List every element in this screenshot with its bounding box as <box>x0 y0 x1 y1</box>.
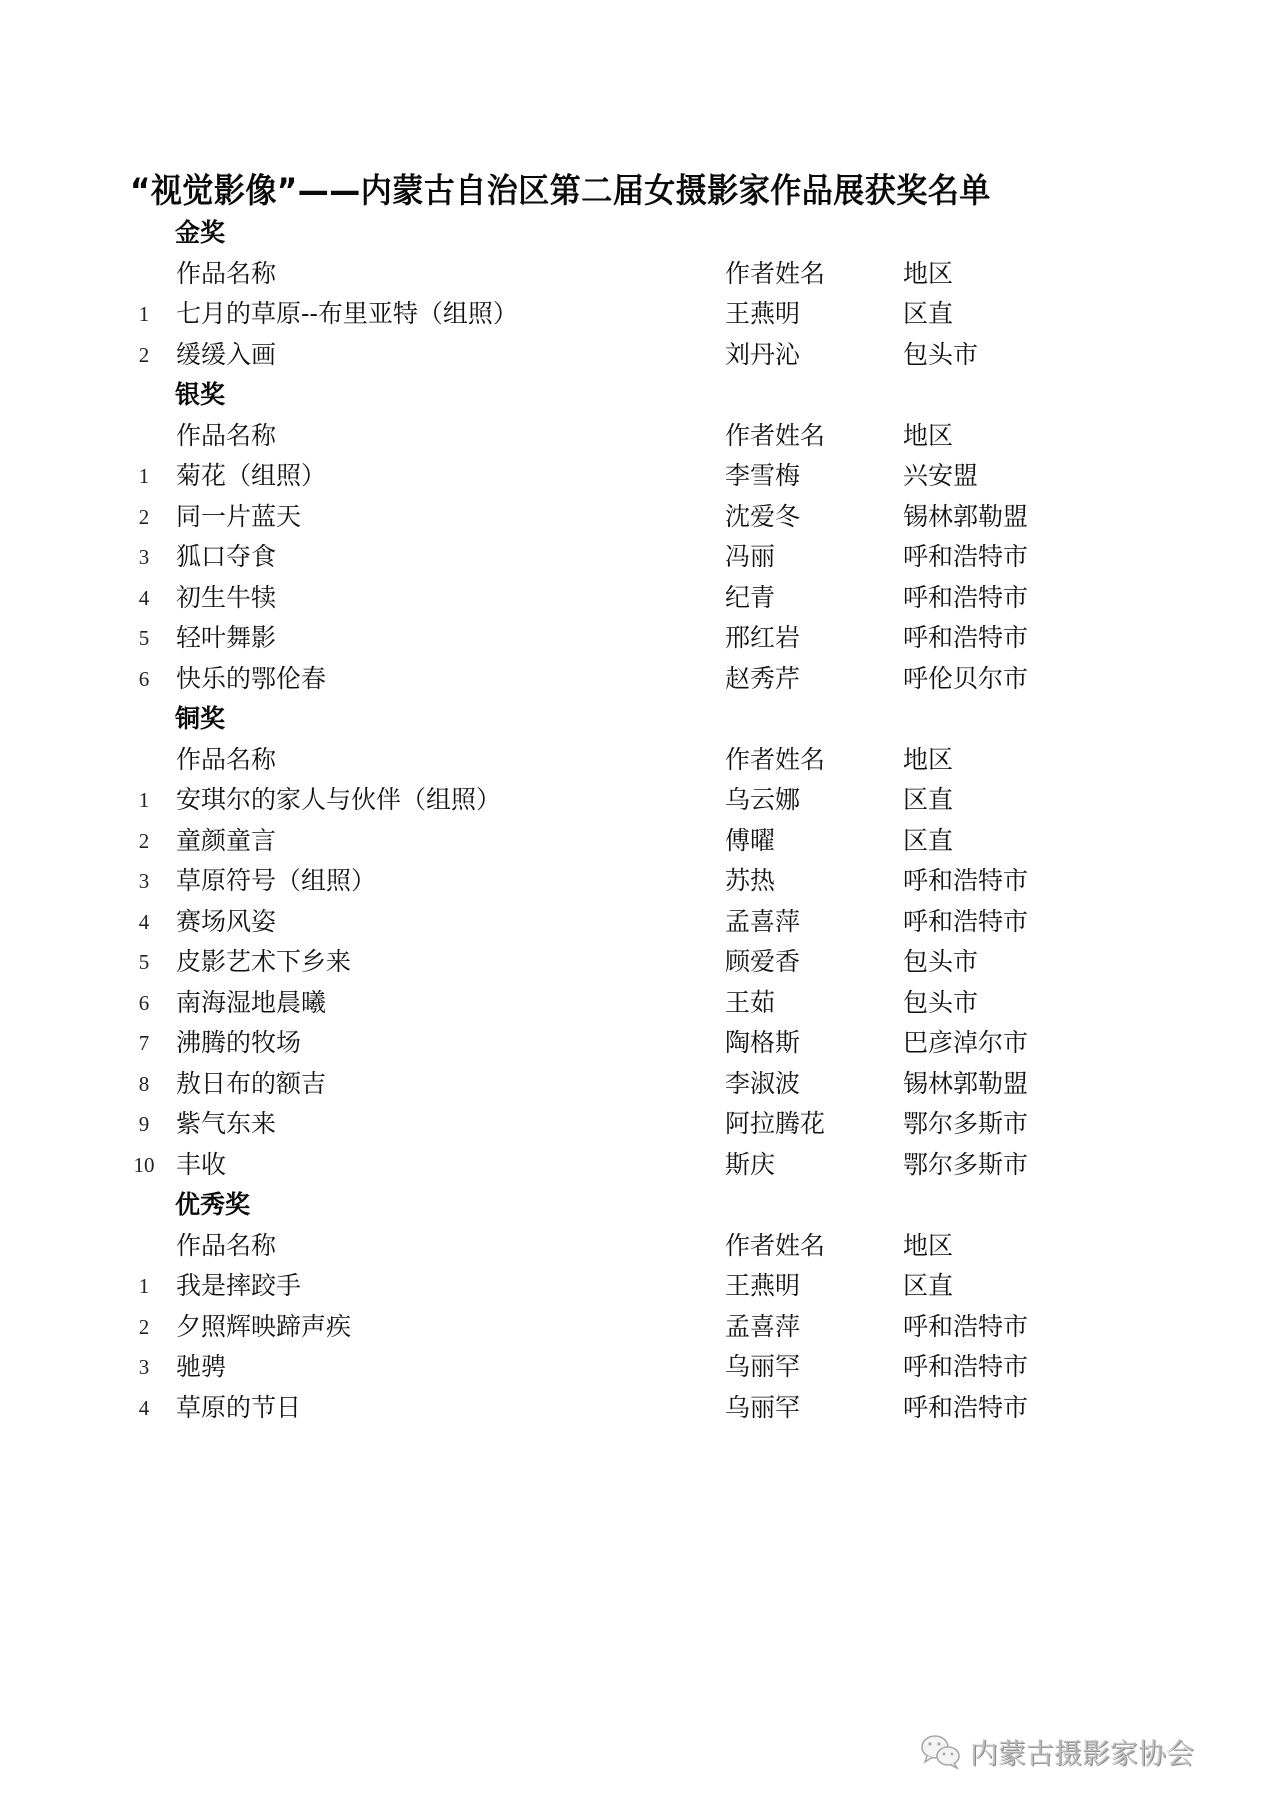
column-header-region: 地区 <box>903 740 953 781</box>
row-number: 5 <box>126 618 162 659</box>
work-title: 草原的节日 <box>176 1388 301 1429</box>
row-number: 9 <box>126 1104 162 1145</box>
region: 呼和浩特市 <box>903 618 1028 659</box>
table-row: 4 赛场风姿 孟喜萍 呼和浩特市 <box>0 902 1280 943</box>
row-number: 3 <box>126 1347 162 1388</box>
column-header-region: 地区 <box>903 416 953 457</box>
column-header-title: 作品名称 <box>176 1226 276 1267</box>
work-title: 七月的草原--布里亚特（组照） <box>176 294 518 335</box>
region: 区直 <box>903 821 953 862</box>
author-name: 孟喜萍 <box>725 902 800 943</box>
table-row: 7 沸腾的牧场 陶格斯 巴彦淖尔市 <box>0 1023 1280 1064</box>
author-name: 王燕明 <box>725 1266 800 1307</box>
section-bronze: 铜奖 <box>0 699 1280 740</box>
region: 包头市 <box>903 942 978 983</box>
table-row: 1 菊花（组照） 李雪梅 兴安盟 <box>0 456 1280 497</box>
table-row: 2 缓缓入画 刘丹沁 包头市 <box>0 335 1280 376</box>
row-number: 4 <box>126 578 162 619</box>
author-name: 刘丹沁 <box>725 335 800 376</box>
work-title: 安琪尔的家人与伙伴（组照） <box>176 780 501 821</box>
table-row: 6 南海湿地晨曦 王茹 包头市 <box>0 983 1280 1024</box>
column-header-row: 作品名称 作者姓名 地区 <box>0 254 1280 295</box>
author-name: 傅曜 <box>725 821 775 862</box>
work-title: 驰骋 <box>176 1347 226 1388</box>
region: 区直 <box>903 780 953 821</box>
award-list: 金奖 作品名称 作者姓名 地区 1 七月的草原--布里亚特（组照） 王燕明 区直… <box>0 213 1280 1428</box>
author-name: 沈爱冬 <box>725 497 800 538</box>
column-header-row: 作品名称 作者姓名 地区 <box>0 740 1280 781</box>
table-row: 3 狐口夺食 冯丽 呼和浩特市 <box>0 537 1280 578</box>
author-name: 阿拉腾花 <box>725 1104 825 1145</box>
row-number: 3 <box>126 861 162 902</box>
row-number: 4 <box>126 902 162 943</box>
work-title: 同一片蓝天 <box>176 497 301 538</box>
author-name: 王燕明 <box>725 294 800 335</box>
table-row: 4 草原的节日 乌丽罕 呼和浩特市 <box>0 1388 1280 1429</box>
work-title: 草原符号（组照） <box>176 861 376 902</box>
table-row: 3 草原符号（组照） 苏热 呼和浩特市 <box>0 861 1280 902</box>
work-title: 我是摔跤手 <box>176 1266 301 1307</box>
work-title: 初生牛犊 <box>176 578 276 619</box>
row-number: 6 <box>126 983 162 1024</box>
region: 呼和浩特市 <box>903 578 1028 619</box>
column-header-title: 作品名称 <box>176 416 276 457</box>
region: 包头市 <box>903 335 978 376</box>
author-name: 乌丽罕 <box>725 1347 800 1388</box>
table-row: 4 初生牛犊 纪青 呼和浩特市 <box>0 578 1280 619</box>
work-title: 菊花（组照） <box>176 456 326 497</box>
section-heading: 金奖 <box>175 213 225 254</box>
author-name: 赵秀芹 <box>725 659 800 700</box>
watermark-text: 内蒙古摄影家协会 <box>970 1732 1194 1772</box>
row-number: 8 <box>126 1064 162 1105</box>
column-header-author: 作者姓名 <box>725 1226 825 1267</box>
table-row: 1 我是摔跤手 王燕明 区直 <box>0 1266 1280 1307</box>
table-row: 3 驰骋 乌丽罕 呼和浩特市 <box>0 1347 1280 1388</box>
column-header-author: 作者姓名 <box>725 254 825 295</box>
work-title: 赛场风姿 <box>176 902 276 943</box>
work-title: 缓缓入画 <box>176 335 276 376</box>
row-number: 1 <box>126 456 162 497</box>
row-number: 2 <box>126 821 162 862</box>
section-heading: 铜奖 <box>175 699 225 740</box>
author-name: 邢红岩 <box>725 618 800 659</box>
column-header-region: 地区 <box>903 254 953 295</box>
table-row: 2 同一片蓝天 沈爱冬 锡林郭勒盟 <box>0 497 1280 538</box>
region: 锡林郭勒盟 <box>903 497 1028 538</box>
author-name: 乌云娜 <box>725 780 800 821</box>
region: 呼和浩特市 <box>903 1347 1028 1388</box>
work-title: 快乐的鄂伦春 <box>176 659 326 700</box>
section-heading: 银奖 <box>175 375 225 416</box>
work-title: 轻叶舞影 <box>176 618 276 659</box>
region: 锡林郭勒盟 <box>903 1064 1028 1105</box>
author-name: 陶格斯 <box>725 1023 800 1064</box>
section-silver: 银奖 <box>0 375 1280 416</box>
document-title: “视觉影像”——内蒙古自治区第二届女摄影家作品展获奖名单 <box>130 163 991 212</box>
row-number: 4 <box>126 1388 162 1429</box>
region: 包头市 <box>903 983 978 1024</box>
wechat-icon <box>920 1733 962 1771</box>
table-row: 2 夕照辉映蹄声疾 孟喜萍 呼和浩特市 <box>0 1307 1280 1348</box>
work-title: 皮影艺术下乡来 <box>176 942 351 983</box>
row-number: 6 <box>126 659 162 700</box>
table-row: 5 轻叶舞影 邢红岩 呼和浩特市 <box>0 618 1280 659</box>
author-name: 顾爱香 <box>725 942 800 983</box>
work-title: 紫气东来 <box>176 1104 276 1145</box>
author-name: 孟喜萍 <box>725 1307 800 1348</box>
column-header-region: 地区 <box>903 1226 953 1267</box>
work-title: 狐口夺食 <box>176 537 276 578</box>
table-row: 5 皮影艺术下乡来 顾爱香 包头市 <box>0 942 1280 983</box>
region: 呼和浩特市 <box>903 861 1028 902</box>
work-title: 敖日布的额吉 <box>176 1064 326 1105</box>
region: 巴彦淖尔市 <box>903 1023 1028 1064</box>
work-title: 南海湿地晨曦 <box>176 983 326 1024</box>
author-name: 冯丽 <box>725 537 775 578</box>
region: 呼和浩特市 <box>903 1388 1028 1429</box>
column-header-row: 作品名称 作者姓名 地区 <box>0 416 1280 457</box>
region: 区直 <box>903 294 953 335</box>
column-header-title: 作品名称 <box>176 254 276 295</box>
work-title: 沸腾的牧场 <box>176 1023 301 1064</box>
section-gold: 金奖 <box>0 213 1280 254</box>
row-number: 2 <box>126 335 162 376</box>
document-page: “视觉影像”——内蒙古自治区第二届女摄影家作品展获奖名单 金奖 作品名称 作者姓… <box>0 0 1280 1810</box>
author-name: 斯庆 <box>725 1145 775 1186</box>
column-header-title: 作品名称 <box>176 740 276 781</box>
author-name: 李雪梅 <box>725 456 800 497</box>
row-number: 7 <box>126 1023 162 1064</box>
region: 兴安盟 <box>903 456 978 497</box>
row-number: 10 <box>126 1145 162 1186</box>
table-row: 6 快乐的鄂伦春 赵秀芹 呼伦贝尔市 <box>0 659 1280 700</box>
region: 呼和浩特市 <box>903 1307 1028 1348</box>
table-row: 1 安琪尔的家人与伙伴（组照） 乌云娜 区直 <box>0 780 1280 821</box>
author-name: 纪青 <box>725 578 775 619</box>
row-number: 1 <box>126 294 162 335</box>
author-name: 苏热 <box>725 861 775 902</box>
table-row: 2 童颜童言 傅曜 区直 <box>0 821 1280 862</box>
work-title: 丰收 <box>176 1145 226 1186</box>
column-header-row: 作品名称 作者姓名 地区 <box>0 1226 1280 1267</box>
region: 呼和浩特市 <box>903 902 1028 943</box>
watermark: 内蒙古摄影家协会 <box>920 1730 1194 1774</box>
author-name: 王茹 <box>725 983 775 1024</box>
table-row: 1 七月的草原--布里亚特（组照） 王燕明 区直 <box>0 294 1280 335</box>
author-name: 李淑波 <box>725 1064 800 1105</box>
row-number: 5 <box>126 942 162 983</box>
row-number: 3 <box>126 537 162 578</box>
section-heading: 优秀奖 <box>175 1185 250 1226</box>
table-row: 9 紫气东来 阿拉腾花 鄂尔多斯市 <box>0 1104 1280 1145</box>
row-number: 2 <box>126 1307 162 1348</box>
region: 区直 <box>903 1266 953 1307</box>
column-header-author: 作者姓名 <box>725 416 825 457</box>
region: 呼伦贝尔市 <box>903 659 1028 700</box>
work-title: 夕照辉映蹄声疾 <box>176 1307 351 1348</box>
region: 鄂尔多斯市 <box>903 1104 1028 1145</box>
column-header-author: 作者姓名 <box>725 740 825 781</box>
region: 呼和浩特市 <box>903 537 1028 578</box>
section-excellence: 优秀奖 <box>0 1185 1280 1226</box>
row-number: 1 <box>126 780 162 821</box>
row-number: 1 <box>126 1266 162 1307</box>
author-name: 乌丽罕 <box>725 1388 800 1429</box>
row-number: 2 <box>126 497 162 538</box>
work-title: 童颜童言 <box>176 821 276 862</box>
table-row: 10 丰收 斯庆 鄂尔多斯市 <box>0 1145 1280 1186</box>
table-row: 8 敖日布的额吉 李淑波 锡林郭勒盟 <box>0 1064 1280 1105</box>
region: 鄂尔多斯市 <box>903 1145 1028 1186</box>
